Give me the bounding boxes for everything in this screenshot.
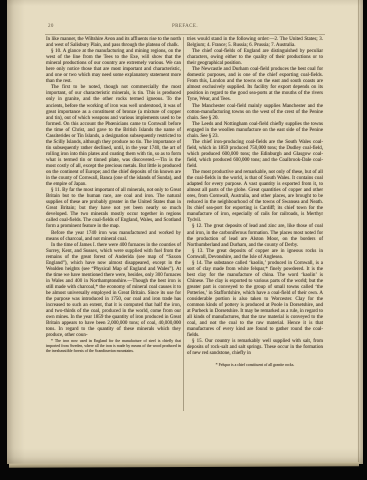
paragraph: tries would stand in the following order… [187,37,323,49]
footnote-right: * Felspar is a chief constituent of all … [187,363,323,368]
paragraph: § 15. Our country is remarkably well sup… [187,339,323,357]
right-column: tries would stand in the following order… [187,37,323,368]
paragraph: Before the year 1740 iron was manufactur… [46,231,181,243]
paragraph: § 12. The great deposits of lead and zin… [187,224,323,248]
page-fold-line [358,0,359,464]
column-divider-rule [183,37,184,411]
running-head-title: PREFACE. [46,24,324,29]
header-rule [45,34,325,35]
paragraph: The most productive and remarkable, not … [187,170,323,224]
running-head: 20 PREFACE. [46,24,324,32]
paragraph: In the time of James I. there were 400 f… [46,243,181,340]
paragraph: The first to be noted, though not commer… [46,85,181,188]
paragraph: The Manchester coal-field mainly supplie… [187,104,323,122]
paragraph: The Newcastle and Durham coal-field prod… [187,67,323,103]
paragraph: The Leeds and Nottingham coal-field chie… [187,122,323,140]
page-bottom-edge [9,462,359,468]
paragraph: § 13. The great deposits of copper are i… [187,249,323,261]
paragraph: The chief iron-producing coal-fields are… [187,140,323,170]
left-column: In like manner, the Wiltshire Avon and i… [46,37,181,353]
paragraph: § 14. The substance called ‘kaolin,’ pro… [187,261,323,340]
footnote-left: * The iron now used in England for the m… [46,339,181,353]
paragraph: § 11. By far the most important of all m… [46,188,181,230]
paragraph: In like manner, the Wiltshire Avon and i… [46,37,181,49]
paragraph: The chief coal-fields of England are dis… [187,49,323,67]
paragraph: § 10. A glance at the manufacturing and … [46,49,181,85]
